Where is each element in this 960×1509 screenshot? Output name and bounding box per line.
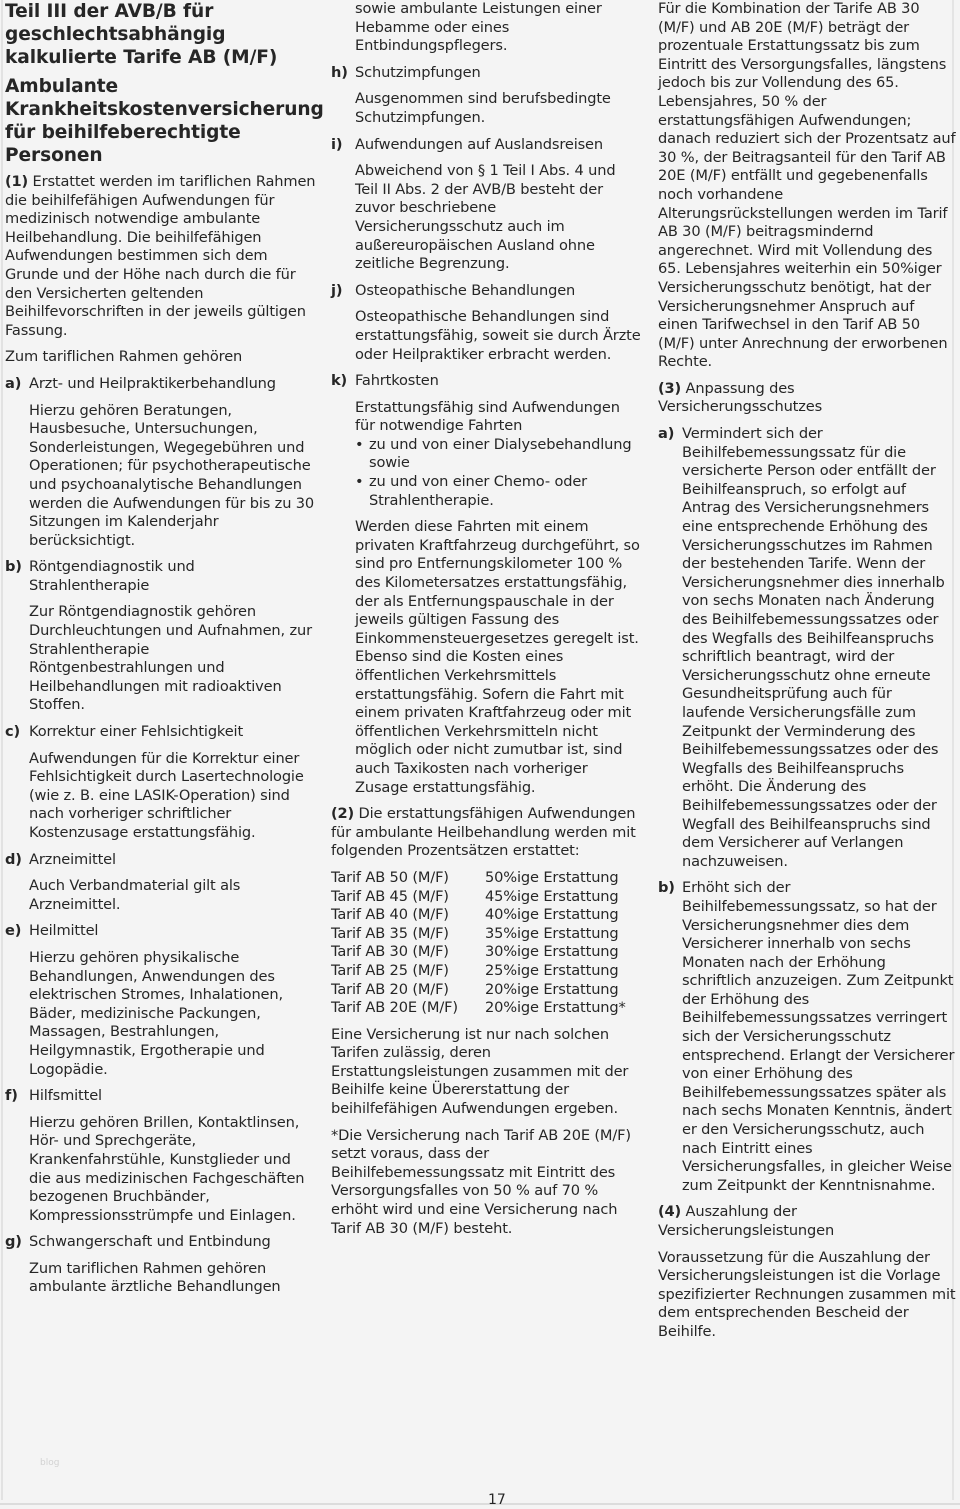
tarif-rate: 45%ige Erstattung (485, 888, 626, 907)
tarif-rate: 30%ige Erstattung (485, 943, 626, 962)
table-row: Tarif AB 35 (M/F)35%ige Erstattung (331, 925, 626, 944)
tarif-rate: 50%ige Erstattung (485, 869, 626, 888)
item-label: g) (5, 1233, 22, 1252)
item-text: Hierzu gehören physikalische Behandlunge… (5, 949, 317, 1079)
section-title: Ambulante Krankheitskostenversicherung f… (5, 75, 317, 167)
paragraph-4: (4) Auszahlung der Versicherungsleistung… (658, 1203, 958, 1240)
table-row: Tarif AB 30 (M/F)30%ige Erstattung (331, 943, 626, 962)
paragraph-text: Voraussetzung für die Auszahlung der Ver… (658, 1249, 958, 1342)
page-border-bottom (0, 1503, 960, 1505)
tarif-name: Tarif AB 25 (M/F) (331, 962, 485, 981)
item-label: a) (5, 375, 21, 394)
paragraph-3: (3) Anpassung des Versicherungsschutzes (658, 380, 958, 417)
paragraph-combination: Für die Kombination der Tarife AB 30 (M/… (658, 0, 958, 372)
item-label: i) (331, 136, 342, 155)
item-text: Auch Verbandmaterial gilt als Arzneimitt… (5, 877, 317, 914)
tarif-name: Tarif AB 50 (M/F) (331, 869, 485, 888)
item-text: Hierzu gehören Brillen, Kontaktlinsen, H… (5, 1114, 317, 1226)
watermark: blog (40, 1458, 59, 1468)
list-item-f: f) Hilfsmittel (5, 1087, 317, 1106)
footnote: *Die Versicherung nach Tarif AB 20E (M/F… (331, 1127, 641, 1239)
item-label: a) (658, 425, 674, 444)
item-label: d) (5, 851, 22, 870)
paragraph-2: (2) Die erstattungsfähigen Aufwendungen … (331, 805, 641, 861)
page-number: 17 (488, 1492, 506, 1508)
item-heading: Heilmittel (29, 922, 98, 939)
bullet-item: zu und von einer Dialysebehandlung sowie (355, 436, 641, 473)
paragraph-number: (2) (331, 805, 354, 822)
item-k-intro: Erstattungsfähig sind Aufwendungen für n… (355, 399, 641, 436)
table-row: Tarif AB 40 (M/F)40%ige Erstattung (331, 906, 626, 925)
item-g-continued: sowie ambulante Leistungen einer Hebamme… (331, 0, 641, 56)
item-heading: Aufwendungen auf Auslandsreisen (355, 136, 603, 153)
item-heading: Schwangerschaft und Entbindung (29, 1233, 271, 1250)
list-item-b: b) Erhöht sich der Beihilfebemessungssat… (658, 879, 958, 1195)
paragraph-heading: Auszahlung der Versicherungsleistungen (658, 1203, 834, 1239)
item-text: Aufwendungen für die Korrektur einer Feh… (5, 750, 317, 843)
item-text: Werden diese Fahrten mit einem privaten … (331, 518, 641, 797)
item-text: Osteopathische Behandlungen sind erstatt… (331, 308, 641, 364)
tarif-name: Tarif AB 35 (M/F) (331, 925, 485, 944)
tarif-rate: 20%ige Erstattung (485, 981, 626, 1000)
tarif-name: Tarif AB 45 (M/F) (331, 888, 485, 907)
list-item-j: j) Osteopathische Behandlungen (331, 282, 641, 301)
table-row: Tarif AB 20E (M/F)20%ige Erstattung* (331, 999, 626, 1018)
item-label: c) (5, 723, 20, 742)
table-row: Tarif AB 25 (M/F)25%ige Erstattung (331, 962, 626, 981)
item-label: b) (5, 558, 22, 577)
item-label: f) (5, 1087, 18, 1106)
paragraph-number: (1) (5, 173, 28, 190)
list-item-a: a) Vermindert sich der Beihilfebemessung… (658, 425, 958, 871)
item-heading: Schutzimpfungen (355, 64, 481, 81)
list-item-k: k) Fahrtkosten (331, 372, 641, 391)
paragraph-heading: Anpassung des Versicherungsschutzes (658, 380, 822, 416)
paragraph-1: (1) Erstattet werden im tariflichen Rahm… (5, 173, 317, 340)
item-heading: Korrektur einer Fehlsichtigkeit (29, 723, 243, 740)
table-row: Tarif AB 50 (M/F)50%ige Erstattung (331, 869, 626, 888)
tarif-name: Tarif AB 20 (M/F) (331, 981, 485, 1000)
list-intro: Zum tariflichen Rahmen gehören (5, 348, 317, 367)
tarif-rate-table: Tarif AB 50 (M/F)50%ige Erstattung Tarif… (331, 869, 626, 1018)
tarif-name: Tarif AB 20E (M/F) (331, 999, 485, 1018)
table-row: Tarif AB 20 (M/F)20%ige Erstattung (331, 981, 626, 1000)
item-label: j) (331, 282, 342, 301)
list-item-c: c) Korrektur einer Fehlsichtigkeit (5, 723, 317, 742)
column-2: sowie ambulante Leistungen einer Hebamme… (331, 0, 641, 1246)
tarif-rate: 20%ige Erstattung* (485, 999, 626, 1018)
item-label: b) (658, 879, 675, 898)
tarif-name: Tarif AB 40 (M/F) (331, 906, 485, 925)
item-text: Vermindert sich der Beihilfebemessungssa… (682, 425, 945, 870)
table-row: Tarif AB 45 (M/F)45%ige Erstattung (331, 888, 626, 907)
column-3: Für die Kombination der Tarife AB 30 (M/… (658, 0, 958, 1350)
item-label: k) (331, 372, 347, 391)
item-text: Abweichend von § 1 Teil I Abs. 4 und Tei… (331, 162, 641, 274)
tarif-rate: 40%ige Erstattung (485, 906, 626, 925)
item-label: e) (5, 922, 21, 941)
paragraph-text: Erstattet werden im tariflichen Rahmen d… (5, 173, 315, 339)
item-text: Zur Röntgendiagnostik gehören Durchleuch… (5, 603, 317, 715)
item-heading: Arzneimittel (29, 851, 116, 868)
page-border-left (1, 0, 3, 1500)
bullet-list: zu und von einer Dialysebehandlung sowie… (355, 436, 641, 510)
item-heading: Fahrtkosten (355, 372, 439, 389)
item-heading: Hilfsmittel (29, 1087, 102, 1104)
tarif-rate: 25%ige Erstattung (485, 962, 626, 981)
column-1: Teil III der AVB/B für geschlechtsabhäng… (5, 0, 317, 1305)
paragraph-number: (3) (658, 380, 681, 397)
list-item-g: g) Schwangerschaft und Entbindung (5, 1233, 317, 1252)
paragraph-text: Die erstattungsfähigen Aufwendungen für … (331, 805, 636, 859)
item-text: Ausgenommen sind berufsbedingte Schutzim… (331, 90, 641, 127)
item-heading: Röntgendiagnostik und Strahlentherapie (29, 558, 195, 594)
list-item-d: d) Arzneimittel (5, 851, 317, 870)
item-text: Zum tariflichen Rahmen gehören ambulante… (5, 1260, 317, 1297)
list-item-i: i) Aufwendungen auf Auslandsreisen (331, 136, 641, 155)
paragraph-text: Eine Versicherung ist nur nach solchen T… (331, 1026, 641, 1119)
item-text: Hierzu gehören Beratungen, Hausbesuche, … (5, 402, 317, 551)
bullet-item: zu und von einer Chemo- oder Strahlenthe… (355, 473, 641, 510)
list-item-h: h) Schutzimpfungen (331, 64, 641, 83)
document-title: Teil III der AVB/B für geschlechtsabhäng… (5, 0, 317, 69)
item-text: Erhöht sich der Beihilfebemessungssatz, … (682, 879, 954, 1194)
list-item-e: e) Heilmittel (5, 922, 317, 941)
list-item-b: b) Röntgendiagnostik und Strahlentherapi… (5, 558, 317, 595)
item-heading: Arzt- und Heilpraktikerbehandlung (29, 375, 276, 392)
item-k-body: Erstattungsfähig sind Aufwendungen für n… (331, 399, 641, 511)
paragraph-number: (4) (658, 1203, 681, 1220)
list-item-a: a) Arzt- und Heilpraktikerbehandlung (5, 375, 317, 394)
item-label: h) (331, 64, 348, 83)
item-heading: Osteopathische Behandlungen (355, 282, 575, 299)
tarif-rate: 35%ige Erstattung (485, 925, 626, 944)
tarif-name: Tarif AB 30 (M/F) (331, 943, 485, 962)
